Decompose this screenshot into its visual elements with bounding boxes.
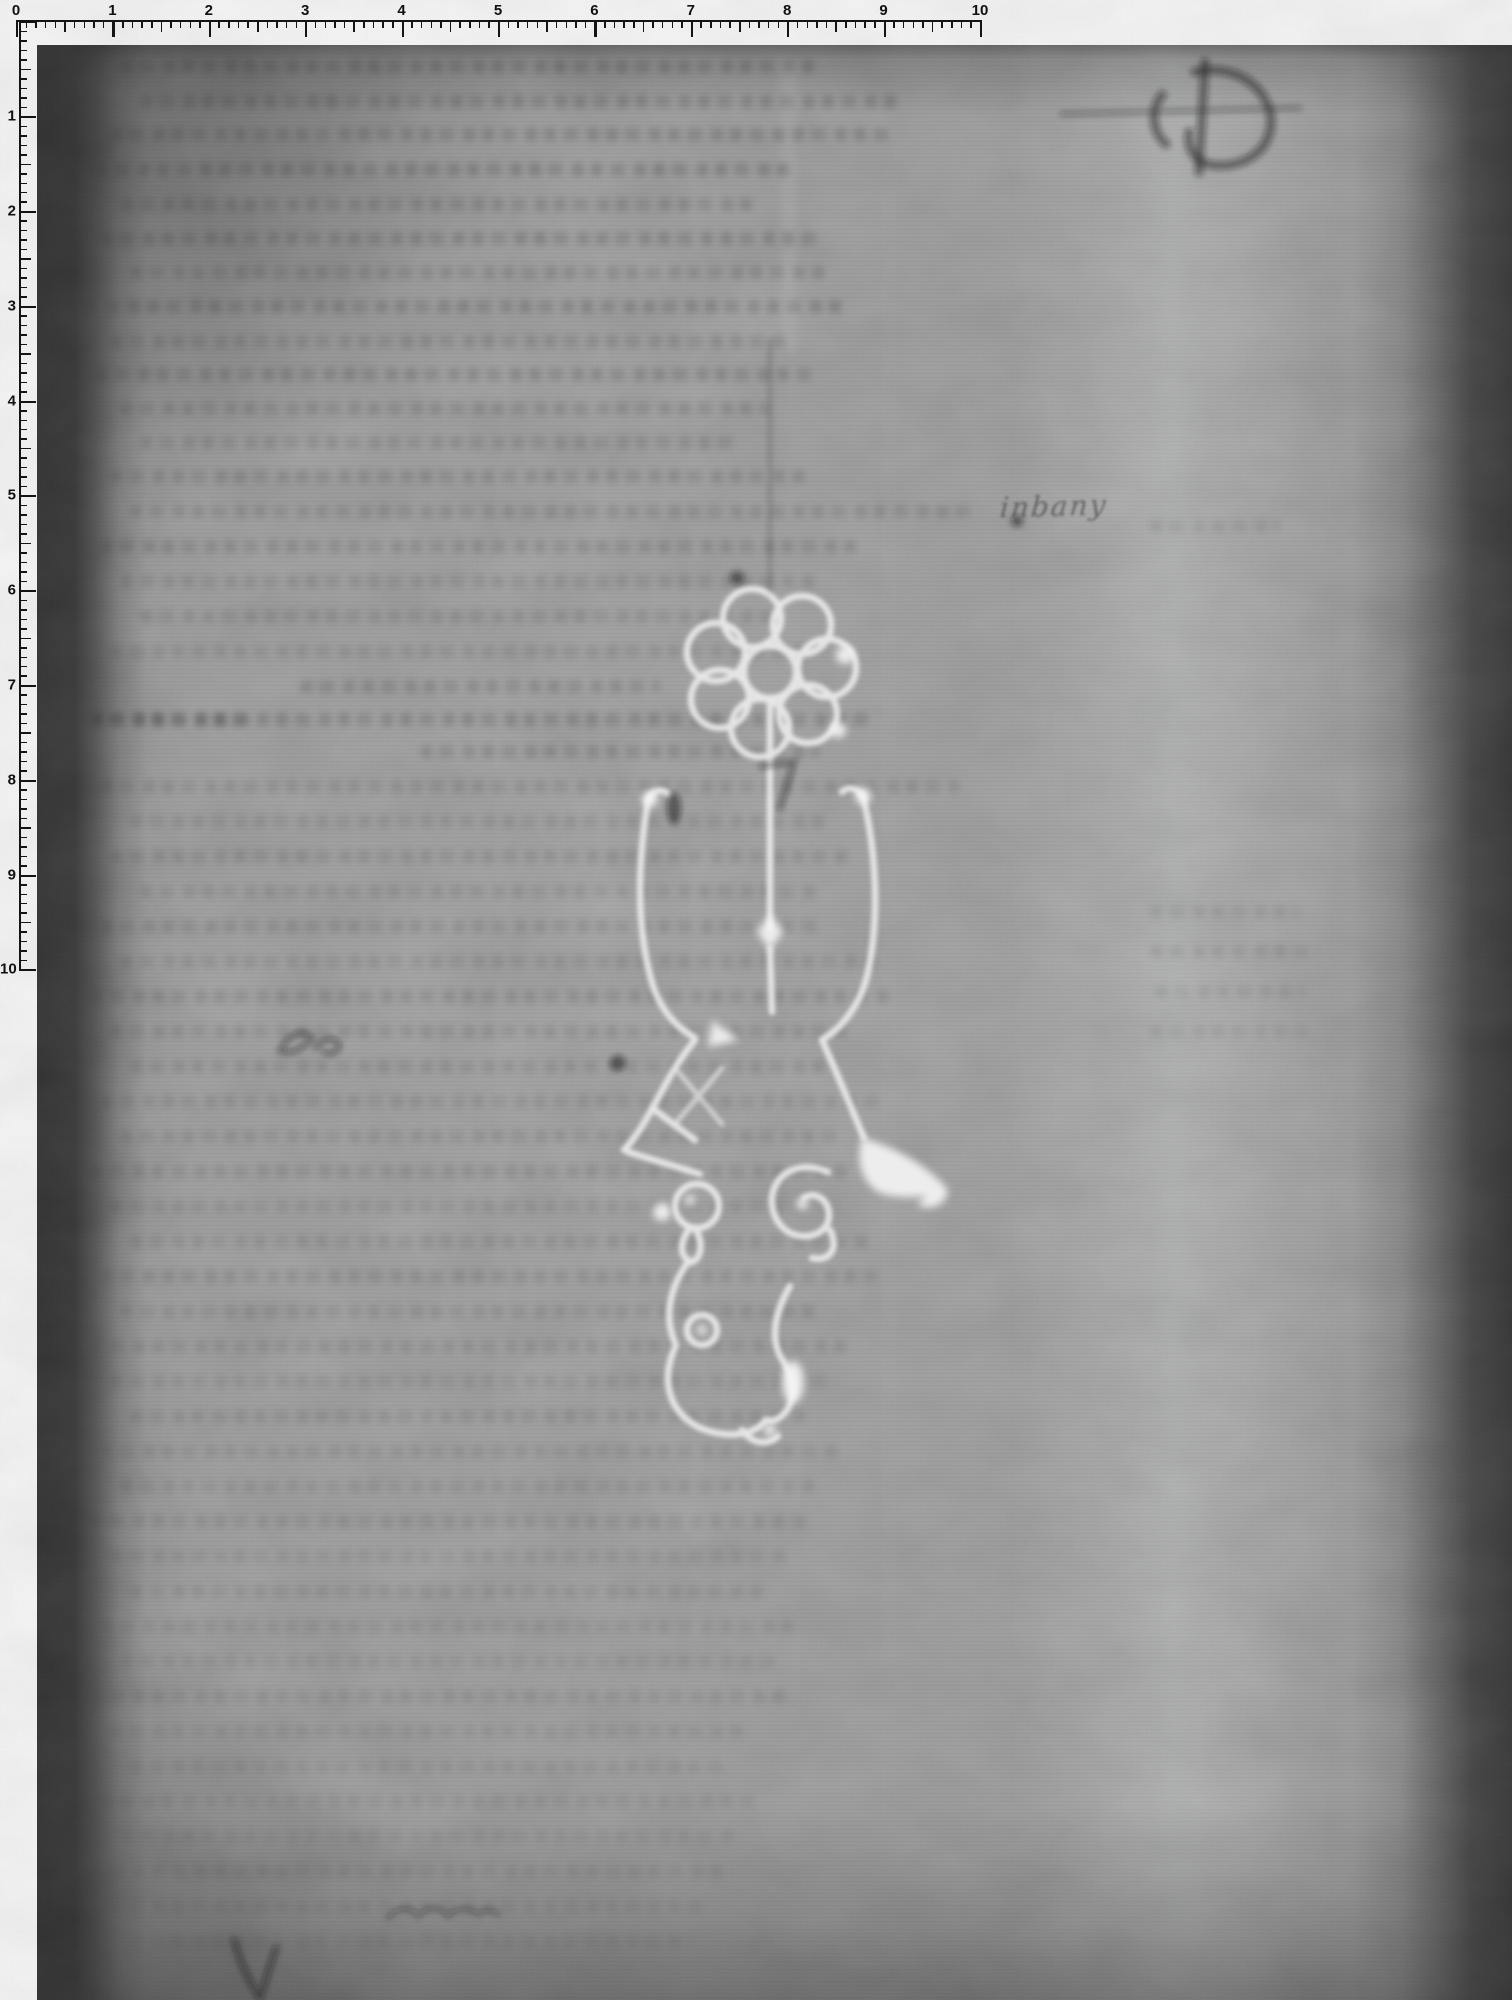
top-ruler-tick bbox=[373, 20, 375, 28]
left-ruler-tick bbox=[19, 126, 27, 128]
script-line bbox=[120, 198, 760, 211]
left-ruler-tick bbox=[19, 268, 27, 270]
left-ruler-tick bbox=[19, 543, 31, 545]
script-line bbox=[90, 1865, 730, 1878]
top-ruler-tick bbox=[913, 20, 915, 28]
left-ruler-tick bbox=[19, 107, 27, 109]
top-ruler-tick bbox=[681, 20, 683, 28]
top-ruler-tick bbox=[729, 20, 731, 28]
top-ruler-tick bbox=[556, 20, 558, 28]
top-ruler-tick bbox=[835, 20, 837, 32]
left-ruler-tick bbox=[19, 363, 27, 365]
script-line bbox=[1155, 985, 1305, 998]
left-ruler-tick bbox=[19, 931, 27, 933]
left-ruler-tick bbox=[19, 894, 27, 896]
top-ruler-tick bbox=[797, 20, 799, 28]
left-ruler-tick bbox=[19, 609, 27, 611]
left-ruler-tick bbox=[19, 476, 27, 478]
top-ruler-tick bbox=[402, 20, 404, 37]
left-ruler-tick bbox=[19, 154, 27, 156]
top-ruler-tick bbox=[238, 20, 240, 28]
left-ruler-tick bbox=[19, 192, 27, 194]
left-ruler-tick bbox=[19, 467, 27, 469]
left-ruler-tick bbox=[19, 837, 27, 839]
left-ruler-tick bbox=[19, 334, 27, 336]
left-ruler-tick bbox=[19, 88, 27, 90]
script-line bbox=[130, 266, 830, 279]
top-ruler-tick bbox=[604, 20, 606, 28]
top-ruler-tick bbox=[739, 20, 741, 32]
top-ruler-tick bbox=[652, 20, 654, 28]
top-ruler-tick bbox=[84, 20, 86, 28]
left-ruler-tick bbox=[19, 258, 31, 260]
left-ruler-tick bbox=[19, 78, 27, 80]
script-line bbox=[110, 1025, 850, 1038]
script-line bbox=[110, 645, 810, 658]
top-ruler-tick bbox=[903, 20, 905, 28]
left-ruler-tick bbox=[19, 732, 31, 734]
left-ruler-tick bbox=[19, 344, 27, 346]
left-ruler-number: 9 bbox=[0, 867, 16, 882]
script-line bbox=[1150, 945, 1320, 958]
left-ruler-tick bbox=[19, 239, 27, 241]
script-line bbox=[90, 1515, 810, 1528]
left-ruler-tick bbox=[19, 619, 27, 621]
script-line bbox=[120, 1305, 820, 1318]
script-line bbox=[1150, 1025, 1310, 1038]
left-ruler-tick bbox=[19, 50, 27, 52]
left-ruler-number: 1 bbox=[0, 109, 16, 124]
left-ruler-tick bbox=[19, 486, 27, 488]
left-ruler-number: 4 bbox=[0, 393, 16, 408]
top-ruler-tick bbox=[787, 20, 789, 37]
top-ruler-tick bbox=[662, 20, 664, 28]
script-line bbox=[100, 1270, 880, 1283]
script-line bbox=[130, 1585, 770, 1598]
left-ruler-tick bbox=[19, 505, 27, 507]
left-ruler-tick bbox=[19, 723, 27, 725]
left-ruler-tick bbox=[19, 903, 27, 905]
top-ruler-tick bbox=[122, 20, 124, 28]
left-ruler-tick bbox=[19, 770, 27, 772]
top-ruler-tick bbox=[392, 20, 394, 28]
top-ruler-tick bbox=[141, 20, 143, 28]
top-ruler-tick bbox=[479, 20, 481, 28]
top-ruler-tick bbox=[758, 20, 760, 28]
left-ruler-tick bbox=[19, 875, 36, 877]
top-ruler-tick bbox=[180, 20, 182, 28]
top-ruler-tick bbox=[286, 20, 288, 28]
left-ruler-tick bbox=[19, 571, 27, 573]
left-ruler-tick bbox=[19, 97, 27, 99]
left-ruler-tick bbox=[19, 420, 27, 422]
top-ruler-tick bbox=[874, 20, 876, 28]
left-ruler-tick bbox=[19, 742, 27, 744]
left-ruler-tick bbox=[19, 164, 31, 166]
top-ruler-tick bbox=[151, 20, 153, 28]
top-ruler-tick bbox=[922, 20, 924, 28]
left-ruler-tick bbox=[19, 372, 27, 374]
left-ruler-tick bbox=[19, 657, 27, 659]
left-ruler-tick bbox=[19, 391, 27, 393]
script-line bbox=[85, 300, 845, 313]
top-ruler-number: 3 bbox=[301, 3, 309, 18]
left-ruler-tick bbox=[19, 325, 27, 327]
script-line bbox=[100, 1795, 760, 1808]
top-ruler-tick bbox=[431, 20, 433, 28]
left-ruler-tick bbox=[19, 789, 27, 791]
left-ruler-tick bbox=[19, 211, 36, 213]
script-line bbox=[100, 920, 820, 933]
script-line bbox=[140, 95, 900, 108]
script-line bbox=[110, 1550, 790, 1563]
top-ruler-number: 4 bbox=[397, 3, 405, 18]
script-line bbox=[95, 368, 815, 381]
top-ruler-tick bbox=[710, 20, 712, 28]
top-ruler-tick bbox=[469, 20, 471, 28]
left-ruler-tick bbox=[19, 780, 36, 782]
top-ruler-tick bbox=[508, 20, 510, 28]
top-ruler-tick bbox=[363, 20, 365, 28]
script-line bbox=[140, 610, 780, 623]
top-ruler-tick bbox=[112, 20, 114, 37]
top-ruler-tick bbox=[623, 20, 625, 28]
script-line bbox=[110, 850, 850, 863]
left-ruler-tick bbox=[19, 59, 27, 61]
left-ruler-tick bbox=[19, 533, 27, 535]
top-ruler-tick bbox=[970, 20, 972, 28]
left-ruler-tick bbox=[19, 799, 27, 801]
script-line bbox=[110, 1375, 830, 1388]
left-ruler-tick bbox=[19, 429, 27, 431]
top-ruler-tick bbox=[382, 20, 384, 28]
top-ruler-tick bbox=[132, 20, 134, 28]
left-ruler-number: 3 bbox=[0, 298, 16, 313]
top-ruler-tick bbox=[566, 20, 568, 28]
left-ruler-tick bbox=[19, 685, 36, 687]
script-line bbox=[130, 1935, 690, 1948]
top-ruler-tick bbox=[344, 20, 346, 28]
script-line bbox=[110, 1900, 710, 1913]
left-ruler-tick bbox=[19, 382, 27, 384]
script-line bbox=[110, 1725, 750, 1738]
script-line bbox=[420, 745, 820, 758]
top-ruler-tick bbox=[961, 20, 963, 28]
left-ruler-tick bbox=[19, 581, 27, 583]
script-line bbox=[90, 1165, 850, 1178]
script-line bbox=[140, 885, 820, 898]
script-line bbox=[300, 680, 660, 693]
script-line bbox=[110, 470, 810, 483]
script-line bbox=[130, 505, 970, 518]
top-ruler-tick bbox=[855, 20, 857, 28]
script-line bbox=[100, 540, 860, 553]
top-ruler-tick bbox=[498, 20, 500, 37]
left-ruler-tick bbox=[19, 495, 36, 497]
script-line bbox=[110, 335, 790, 348]
top-ruler-tick bbox=[228, 20, 230, 28]
top-ruler-tick bbox=[778, 20, 780, 28]
top-ruler-tick bbox=[633, 20, 635, 28]
top-ruler-tick bbox=[450, 20, 452, 32]
script-line bbox=[120, 402, 770, 415]
left-ruler-tick bbox=[19, 173, 27, 175]
top-ruler-tick bbox=[209, 20, 211, 37]
top-ruler-tick bbox=[643, 20, 645, 32]
script-line bbox=[120, 955, 880, 968]
script-line bbox=[120, 1480, 820, 1493]
script-line bbox=[130, 1235, 870, 1248]
left-ruler-number: 8 bbox=[0, 772, 16, 787]
left-ruler-tick bbox=[19, 666, 27, 668]
top-ruler-tick bbox=[749, 20, 751, 28]
top-ruler-tick bbox=[700, 20, 702, 28]
left-ruler-tick bbox=[19, 950, 27, 952]
top-ruler-tick bbox=[585, 20, 587, 28]
left-ruler-tick bbox=[19, 410, 27, 412]
left-ruler-tick bbox=[19, 590, 36, 592]
left-ruler-tick bbox=[19, 628, 27, 630]
top-ruler-tick bbox=[527, 20, 529, 28]
left-ruler-tick bbox=[19, 230, 27, 232]
top-ruler-tick bbox=[845, 20, 847, 28]
left-ruler-tick bbox=[19, 249, 27, 251]
top-ruler-tick bbox=[267, 20, 269, 28]
top-ruler-tick bbox=[893, 20, 895, 28]
script-line bbox=[90, 713, 250, 726]
top-ruler-tick bbox=[45, 20, 47, 28]
left-ruler-tick bbox=[19, 912, 27, 914]
top-ruler-tick bbox=[64, 20, 66, 32]
left-ruler-tick bbox=[19, 562, 27, 564]
top-ruler-tick bbox=[537, 20, 539, 28]
left-ruler-tick bbox=[19, 438, 27, 440]
script-line bbox=[95, 163, 795, 176]
left-ruler-tick bbox=[19, 448, 31, 450]
left-ruler-tick bbox=[19, 675, 27, 677]
top-ruler-number: 1 bbox=[108, 3, 116, 18]
left-ruler-tick bbox=[19, 21, 36, 23]
top-ruler-number: 7 bbox=[687, 3, 695, 18]
left-ruler-tick bbox=[19, 856, 27, 858]
manuscript-photo-screenshot: { "figure": { "description": "Transmitte… bbox=[0, 0, 1512, 2000]
script-line bbox=[100, 1445, 840, 1458]
top-ruler-tick bbox=[614, 20, 616, 28]
top-ruler-tick bbox=[103, 20, 105, 28]
top-ruler: 012345678910 bbox=[0, 0, 1512, 45]
top-ruler-tick bbox=[768, 20, 770, 28]
left-ruler-tick bbox=[19, 353, 31, 355]
left-ruler-tick bbox=[19, 846, 27, 848]
left-ruler-tick bbox=[19, 941, 27, 943]
left-ruler-number: 6 bbox=[0, 583, 16, 598]
top-ruler-tick bbox=[594, 20, 596, 37]
top-ruler-tick bbox=[488, 20, 490, 28]
top-ruler-tick bbox=[546, 20, 548, 32]
top-ruler-tick bbox=[807, 20, 809, 28]
top-ruler-tick bbox=[305, 20, 307, 37]
top-ruler-tick bbox=[93, 20, 95, 28]
left-ruler-tick bbox=[19, 960, 27, 962]
left-ruler-tick bbox=[19, 401, 36, 403]
left-ruler-number: 2 bbox=[0, 203, 16, 218]
left-ruler-tick bbox=[19, 884, 27, 886]
top-ruler-tick bbox=[257, 20, 259, 32]
top-ruler-number: 8 bbox=[783, 3, 791, 18]
show-through-script-lines bbox=[0, 0, 1512, 2000]
top-ruler-tick bbox=[353, 20, 355, 32]
left-ruler-tick bbox=[19, 116, 36, 118]
left-ruler-number: 5 bbox=[0, 488, 16, 503]
top-ruler-tick bbox=[980, 20, 982, 37]
top-ruler-tick bbox=[575, 20, 577, 28]
script-line bbox=[130, 1060, 830, 1073]
left-ruler-tick bbox=[19, 704, 27, 706]
left-ruler-number: 7 bbox=[0, 677, 16, 692]
left-ruler-tick bbox=[19, 306, 36, 308]
script-line bbox=[100, 1095, 880, 1108]
script-line bbox=[110, 128, 890, 141]
left-ruler-tick bbox=[19, 31, 27, 33]
left-ruler-tick bbox=[19, 40, 27, 42]
top-ruler-tick bbox=[720, 20, 722, 28]
left-ruler-tick bbox=[19, 922, 31, 924]
top-ruler-tick bbox=[421, 20, 423, 28]
script-line bbox=[110, 1200, 810, 1213]
left-ruler-tick bbox=[19, 69, 31, 71]
left-ruler-tick bbox=[19, 514, 27, 516]
left-ruler-tick bbox=[19, 277, 27, 279]
top-ruler-tick bbox=[247, 20, 249, 28]
left-ruler-tick bbox=[19, 220, 27, 222]
left-ruler-tick bbox=[19, 524, 27, 526]
left-ruler-tick bbox=[19, 552, 27, 554]
left-ruler-tick bbox=[19, 827, 31, 829]
top-ruler-number: 10 bbox=[972, 3, 989, 18]
top-ruler-tick bbox=[826, 20, 828, 28]
top-ruler-tick bbox=[816, 20, 818, 28]
top-ruler-tick bbox=[296, 20, 298, 28]
left-ruler-tick bbox=[19, 287, 27, 289]
script-line bbox=[120, 1130, 840, 1143]
left-ruler-tick bbox=[19, 751, 27, 753]
top-ruler-tick bbox=[941, 20, 943, 28]
script-line bbox=[90, 1690, 790, 1703]
left-ruler-tick bbox=[19, 818, 27, 820]
top-ruler-number: 5 bbox=[494, 3, 502, 18]
script-line bbox=[120, 1830, 740, 1843]
script-line bbox=[100, 1620, 800, 1633]
left-ruler-tick bbox=[19, 201, 27, 203]
marginal-word: inbany bbox=[999, 489, 1109, 525]
left-ruler-tick bbox=[19, 296, 27, 298]
script-line bbox=[90, 990, 890, 1003]
script-line bbox=[140, 436, 740, 449]
top-ruler-tick bbox=[884, 20, 886, 37]
top-ruler-tick bbox=[74, 20, 76, 28]
top-ruler-tick bbox=[190, 20, 192, 28]
top-ruler-tick bbox=[517, 20, 519, 28]
top-ruler-number: 6 bbox=[590, 3, 598, 18]
top-ruler-tick bbox=[170, 20, 172, 28]
script-line bbox=[120, 1655, 780, 1668]
top-ruler-tick bbox=[161, 20, 163, 32]
script-line bbox=[100, 232, 820, 245]
left-ruler-tick bbox=[19, 638, 31, 640]
top-ruler-tick bbox=[440, 20, 442, 28]
left-ruler-tick bbox=[19, 647, 27, 649]
top-ruler-tick bbox=[315, 20, 317, 28]
top-ruler-number: 2 bbox=[205, 3, 213, 18]
left-ruler-tick bbox=[19, 145, 27, 147]
left-ruler-tick bbox=[19, 135, 27, 137]
left-ruler-tick bbox=[19, 315, 27, 317]
left-ruler: 12345678910 bbox=[0, 0, 37, 2000]
top-ruler-tick bbox=[199, 20, 201, 28]
top-ruler-tick bbox=[334, 20, 336, 28]
top-ruler-tick bbox=[951, 20, 953, 28]
script-line bbox=[120, 575, 820, 588]
script-line bbox=[100, 780, 960, 793]
top-ruler-tick bbox=[55, 20, 57, 28]
top-ruler-tick bbox=[218, 20, 220, 28]
top-ruler-tick bbox=[932, 20, 934, 32]
left-ruler-tick bbox=[19, 457, 27, 459]
script-line bbox=[1150, 905, 1300, 918]
left-ruler-tick bbox=[19, 808, 27, 810]
left-ruler-tick bbox=[19, 969, 36, 971]
top-ruler-number: 9 bbox=[879, 3, 887, 18]
left-ruler-tick bbox=[19, 694, 27, 696]
left-ruler-tick bbox=[19, 713, 27, 715]
top-ruler-tick bbox=[691, 20, 693, 37]
top-ruler-tick bbox=[325, 20, 327, 28]
top-ruler-tick bbox=[459, 20, 461, 28]
script-line bbox=[90, 1340, 850, 1353]
script-line bbox=[130, 1760, 730, 1773]
left-ruler-tick bbox=[19, 600, 27, 602]
script-line bbox=[120, 60, 820, 73]
top-ruler-tick bbox=[411, 20, 413, 28]
left-ruler-number: 10 bbox=[0, 962, 16, 977]
top-ruler-tick bbox=[276, 20, 278, 28]
script-line bbox=[130, 1410, 810, 1423]
left-ruler-tick bbox=[19, 865, 27, 867]
script-line bbox=[130, 815, 830, 828]
top-ruler-tick bbox=[672, 20, 674, 28]
top-ruler-tick bbox=[864, 20, 866, 28]
left-ruler-tick bbox=[19, 761, 27, 763]
script-line bbox=[1150, 520, 1280, 533]
left-ruler-tick bbox=[19, 183, 27, 185]
